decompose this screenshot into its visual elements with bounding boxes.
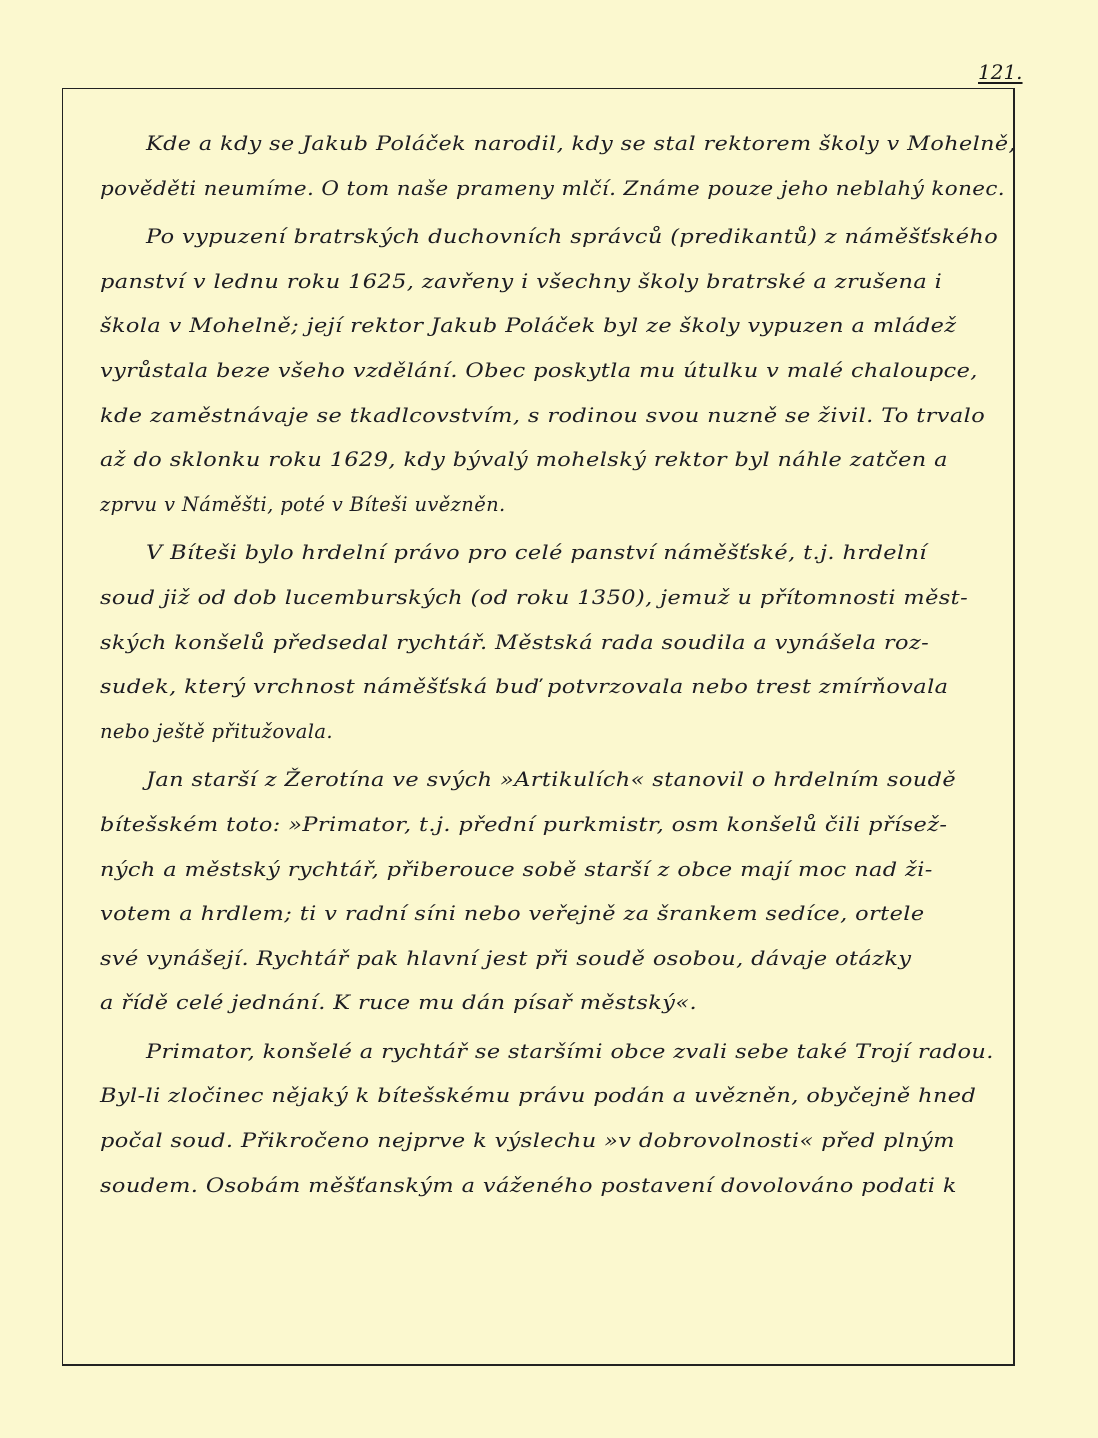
text-line: pověděti neumíme. O tom naše prameny mlč… bbox=[100, 167, 1020, 212]
text-line: počal soud. Přikročeno nejprve k výslech… bbox=[100, 1119, 1020, 1164]
text-line: panství v lednu roku 1625, zavřeny i vše… bbox=[100, 260, 1020, 305]
text-line: ných a městský rychtář, přiberouce sobě … bbox=[100, 848, 1020, 893]
text-line: sudek, který vrchnost náměšťská buď potv… bbox=[100, 665, 1020, 710]
page-number: 121. bbox=[978, 60, 1023, 84]
text-line: votem a hrdlem; ti v radní síni nebo veř… bbox=[100, 892, 1020, 937]
text-line: Kde a kdy se Jakub Poláček narodil, kdy … bbox=[100, 122, 1020, 167]
text-line: soud již od dob lucemburských (od roku 1… bbox=[100, 576, 1020, 621]
text-line: nebo ještě přitužovala. bbox=[100, 710, 1020, 755]
text-line: Primator, konšelé a rychtář se staršími … bbox=[100, 1030, 1020, 1075]
text-line: Po vypuzení bratrských duchovních správc… bbox=[100, 215, 1020, 260]
text-line: a řídě celé jednání. K ruce mu dán písař… bbox=[100, 981, 1020, 1026]
text-line: Jan starší z Žerotína ve svých »Artikulí… bbox=[100, 758, 1020, 803]
handwritten-text-block: Kde a kdy se Jakub Poláček narodil, kdy … bbox=[100, 122, 1020, 1208]
text-line: své vynášejí. Rychtář pak hlavní jest př… bbox=[100, 937, 1020, 982]
text-line: zprvu v Náměšti, poté v Bíteši uvězněn. bbox=[100, 483, 1020, 528]
text-line: až do sklonku roku 1629, kdy bývalý mohe… bbox=[100, 438, 1020, 483]
text-line: Byl-li zločinec nějaký k bítešskému práv… bbox=[100, 1074, 1020, 1119]
text-line: bítešském toto: »Primator, t.j. přední p… bbox=[100, 803, 1020, 848]
text-line: škola v Mohelně; její rektor Jakub Poláč… bbox=[100, 304, 1020, 349]
text-line: ských konšelů předsedal rychtář. Městská… bbox=[100, 621, 1020, 666]
text-line: V Bíteši bylo hrdelní právo pro celé pan… bbox=[100, 531, 1020, 576]
text-line: kde zaměstnávaje se tkadlcovstvím, s rod… bbox=[100, 394, 1020, 439]
text-line: vyrůstala beze všeho vzdělání. Obec posk… bbox=[100, 349, 1020, 394]
text-line: soudem. Osobám měšťanským a váženého pos… bbox=[100, 1164, 1020, 1209]
